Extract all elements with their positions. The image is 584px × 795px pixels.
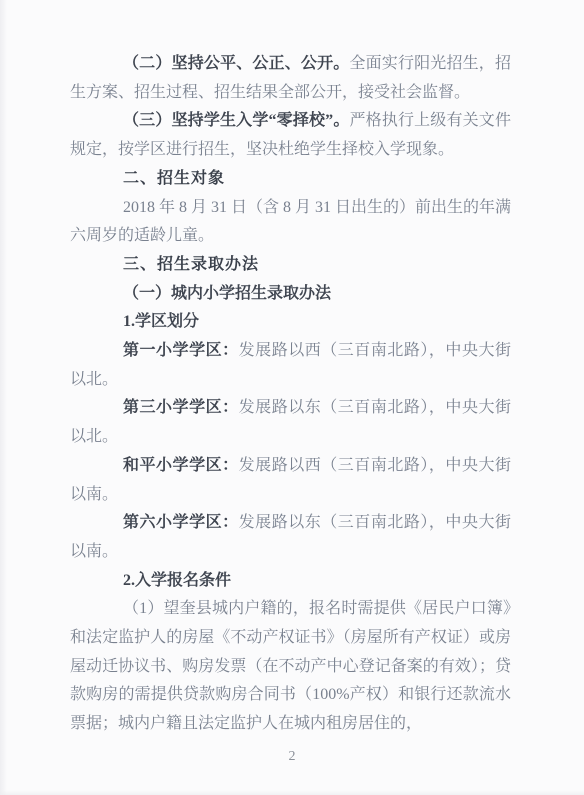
heading-section-3: 三、招生录取办法	[70, 251, 511, 280]
para-principle-3: （三）坚持学生入学“零择校”。严格执行上级有关文件规定，按学区进行招生，坚决杜绝…	[70, 107, 511, 164]
bold-text-run: 三、招生录取办法	[123, 256, 259, 273]
para-principle-2: （二）坚持公平、公正、公开。全面实行阳光招生，招生方案、招生过程、招生结果全部公…	[70, 50, 511, 107]
bold-text-run: （一）城内小学招生录取办法	[123, 285, 331, 302]
bold-text-run: 第六小学学区：	[123, 514, 239, 531]
text-run: 2018 年 8 月 31 日（含 8 月 31 日出生的）前出生的年满六周岁的…	[70, 199, 511, 245]
bold-text-run: 1.学区划分	[123, 313, 199, 330]
bold-text-run: （三）坚持学生入学“零择校”。	[123, 112, 349, 129]
para-district-heping: 和平小学学区：发展路以西（三百南北路），中央大街以南。	[70, 452, 511, 509]
heading-item-2: 2.入学报名条件	[70, 567, 511, 596]
bold-text-run: 二、招生对象	[123, 170, 225, 187]
page-number: 2	[0, 748, 584, 766]
document-body: （二）坚持公平、公正、公开。全面实行阳光招生，招生方案、招生过程、招生结果全部公…	[70, 50, 511, 739]
bold-text-run: 第一小学学区：	[123, 342, 239, 359]
heading-section-2: 二、招生对象	[70, 165, 511, 194]
para-district-no6: 第六小学学区：发展路以东（三百南北路），中央大街以南。	[70, 509, 511, 566]
para-district-no1: 第一小学学区：发展路以西（三百南北路），中央大街以北。	[70, 337, 511, 394]
bold-text-run: 第三小学学区：	[123, 399, 239, 416]
bold-text-run: （二）坚持公平、公正、公开。	[123, 55, 349, 72]
para-enrollment-target: 2018 年 8 月 31 日（含 8 月 31 日出生的）前出生的年满六周岁的…	[70, 194, 511, 251]
heading-subsection-1: （一）城内小学招生录取办法	[70, 280, 511, 309]
bold-text-run: 和平小学学区：	[123, 457, 239, 474]
bold-text-run: 2.入学报名条件	[123, 572, 231, 589]
heading-item-1: 1.学区划分	[70, 308, 511, 337]
para-registration-condition-1: （1）望奎县城内户籍的，报名时需提供《居民户口簿》和法定监护人的房屋《不动产权证…	[70, 595, 511, 739]
text-run: （1）望奎县城内户籍的，报名时需提供《居民户口簿》和法定监护人的房屋《不动产权证…	[70, 600, 511, 732]
para-district-no3: 第三小学学区：发展路以东（三百南北路），中央大街以北。	[70, 394, 511, 451]
document-page: （二）坚持公平、公正、公开。全面实行阳光招生，招生方案、招生过程、招生结果全部公…	[0, 0, 584, 795]
